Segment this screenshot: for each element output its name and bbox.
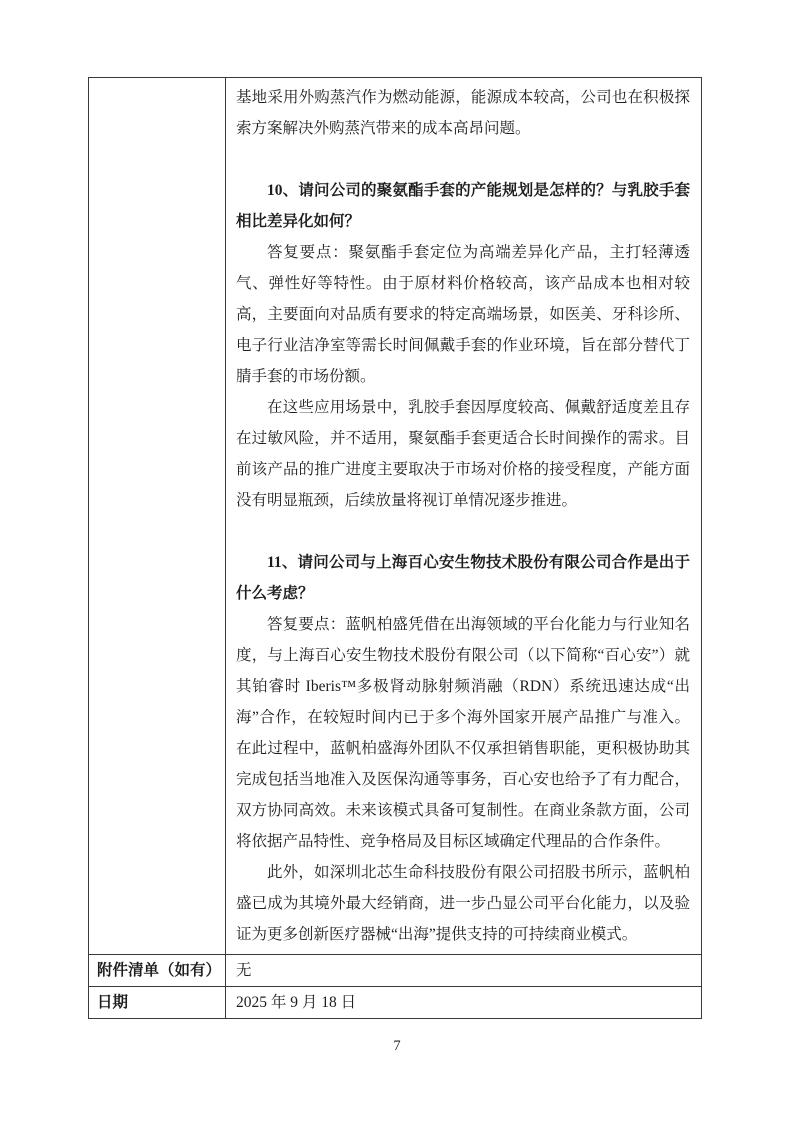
- attachment-list-value: 无: [226, 955, 702, 987]
- inquiry-record-table: 基地采用外购蒸汽作为燃动能源，能源成本较高，公司也在积极探索方案解决外购蒸汽带来…: [88, 77, 702, 1019]
- date-label: 日期: [89, 987, 226, 1019]
- qa-blank-line: [236, 516, 690, 547]
- qa-question-10-heading: 10、请问公司的聚氨酯手套的产能规划是怎样的？与乳胶手套相比差异化如何？: [236, 175, 690, 237]
- page-number: 7: [0, 1038, 794, 1055]
- qa-answer-11-paragraph-2: 此外，如深圳北芯生命科技股份有限公司招股书所示，蓝帆柏盛已成为其境外最大经销商，…: [236, 857, 690, 950]
- qa-paragraph-continuation: 基地采用外购蒸汽作为燃动能源，能源成本较高，公司也在积极探索方案解决外购蒸汽带来…: [236, 82, 690, 144]
- qa-content-cell: 基地采用外购蒸汽作为燃动能源，能源成本较高，公司也在积极探索方案解决外购蒸汽带来…: [226, 78, 702, 955]
- document-page: 基地采用外购蒸汽作为燃动能源，能源成本较高，公司也在积极探索方案解决外购蒸汽带来…: [0, 0, 794, 1123]
- qa-answer-10-paragraph-1: 答复要点：聚氨酯手套定位为高端差异化产品，主打轻薄透气、弹性好等特性。由于原材料…: [236, 237, 690, 392]
- attachment-list-label: 附件清单（如有）: [89, 955, 226, 987]
- date-row: 日期 2025 年 9 月 18 日: [89, 987, 702, 1019]
- qa-row-empty-label-cell: [89, 78, 226, 955]
- qa-answer-11-paragraph-1: 答复要点：蓝帆柏盛凭借在出海领域的平台化能力与行业知名度，与上海百心安生物技术股…: [236, 609, 690, 857]
- qa-question-11-heading: 11、请问公司与上海百心安生物技术股份有限公司合作是出于什么考虑？: [236, 547, 690, 609]
- qa-content-row: 基地采用外购蒸汽作为燃动能源，能源成本较高，公司也在积极探索方案解决外购蒸汽带来…: [89, 78, 702, 955]
- date-value: 2025 年 9 月 18 日: [226, 987, 702, 1019]
- qa-answer-10-paragraph-2: 在这些应用场景中，乳胶手套因厚度较高、佩戴舒适度差且存在过敏风险，并不适用，聚氨…: [236, 392, 690, 516]
- attachment-list-row: 附件清单（如有） 无: [89, 955, 702, 987]
- qa-blank-line: [236, 144, 690, 175]
